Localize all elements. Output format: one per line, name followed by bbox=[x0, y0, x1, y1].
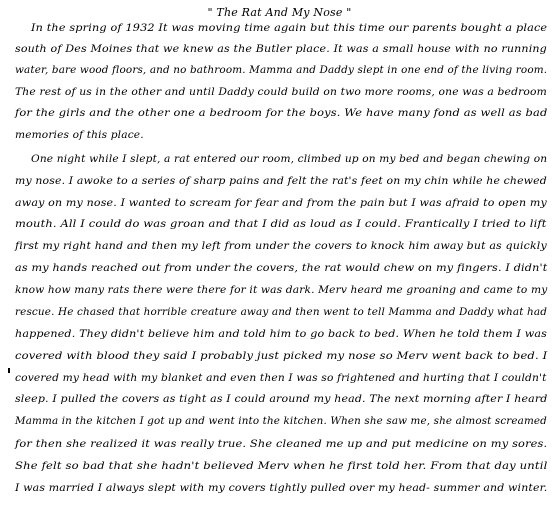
text-line: south of Des Moines that we knew as the … bbox=[15, 43, 547, 55]
text-line: Mamma in the kitchen I got up and went i… bbox=[15, 415, 547, 427]
text-line: In the spring of 1932 It was moving time… bbox=[31, 22, 547, 34]
text-line: covered my head with my blanket and even… bbox=[15, 372, 547, 384]
text-line: memories of this place. bbox=[15, 129, 144, 141]
text-line: for the girls and the other one a bedroo… bbox=[15, 107, 547, 119]
text-line: She felt so bad that she hadn't believed… bbox=[15, 460, 547, 472]
margin-mark bbox=[8, 368, 10, 373]
text-line: covered with blood they said I probably … bbox=[15, 350, 547, 362]
text-line: happened. They didn't believe him and to… bbox=[15, 328, 547, 340]
text-line: my nose. I awoke to a series of sharp pa… bbox=[15, 175, 547, 187]
text-line: The rest of us in the other and until Da… bbox=[15, 86, 547, 98]
document-title: " The Rat And My Nose " bbox=[0, 6, 559, 19]
text-line: I was married I always slept with my cov… bbox=[15, 482, 547, 494]
text-line: as my hands reached out from under the c… bbox=[15, 262, 547, 274]
text-line: first my right hand and then my left fro… bbox=[15, 240, 547, 252]
text-line: sleep. I pulled the covers as tight as I… bbox=[15, 393, 547, 405]
text-line: rescue. He chased that horrible creature… bbox=[15, 306, 547, 318]
handwritten-page: " The Rat And My Nose " In the spring of… bbox=[0, 0, 559, 521]
text-line: water, bare wood floors, and no bathroom… bbox=[15, 64, 547, 76]
text-line: know how many rats there were there for … bbox=[15, 284, 547, 296]
text-line: mouth. All I could do was groan and that… bbox=[15, 218, 547, 230]
text-line: for then she realized it was really true… bbox=[15, 438, 547, 450]
text-line: away on my nose. I wanted to scream for … bbox=[15, 197, 547, 209]
text-line: One night while I slept, a rat entered o… bbox=[31, 153, 547, 165]
